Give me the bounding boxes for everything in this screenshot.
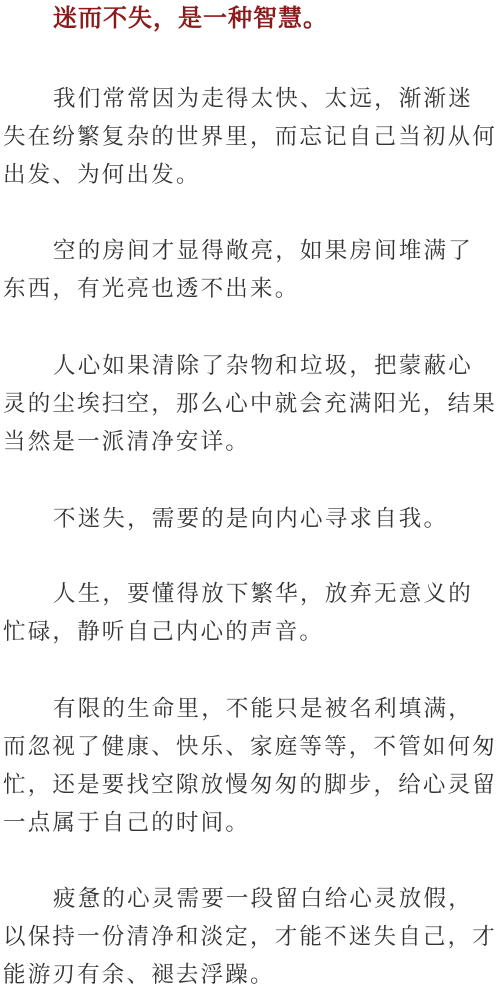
paragraph-5: 人生，要懂得放下繁华，放弃无意义的忙碌，静听自己内心的声音。 <box>3 575 497 651</box>
paragraph-6: 有限的生命里，不能只是被名利填满，而忽视了健康、快乐、家庭等等，不管如何匆忙，还… <box>3 690 497 842</box>
paragraph-3: 人心如果清除了杂物和垃圾，把蒙蔽心灵的尘埃扫空，那么心中就会充满阳光，结果当然是… <box>3 347 497 461</box>
paragraph-2: 空的房间才显得敞亮，如果房间堆满了东西，有光亮也透不出来。 <box>3 232 497 308</box>
paragraph-4: 不迷失，需要的是向内心寻求自我。 <box>3 500 497 538</box>
article-title: 迷而不失，是一种智慧。 <box>53 2 328 34</box>
paragraph-7: 疲惫的心灵需要一段留白给心灵放假，以保持一份清净和淡定，才能不迷失自己，才能游刃… <box>3 880 497 993</box>
paragraph-1: 我们常常因为走得太快、太远，渐渐迷失在纷繁复杂的世界里，而忘记自己当初从何出发、… <box>3 80 497 194</box>
